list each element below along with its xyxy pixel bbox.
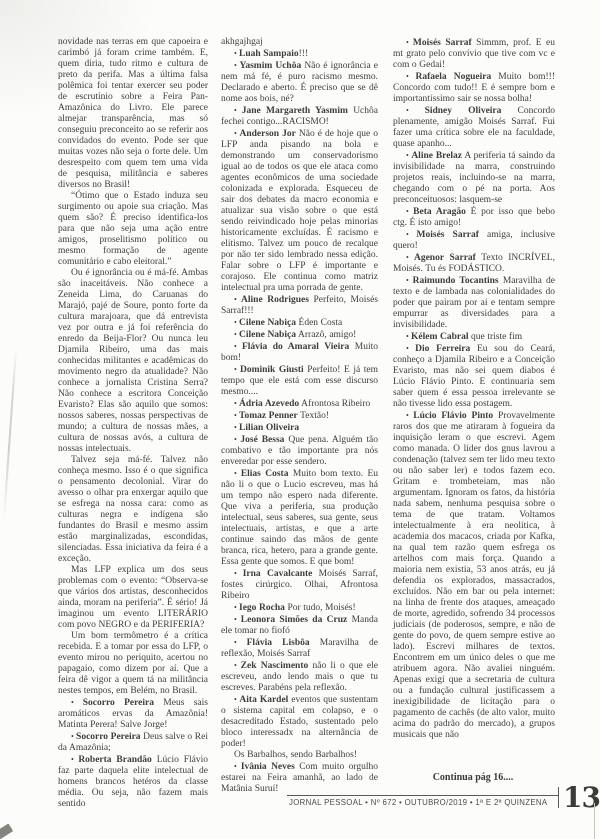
comment-author: Dio Ferreira <box>415 344 470 354</box>
comment: • Tomaz Penner Textão! <box>221 410 378 422</box>
comment-author: Jane Margareth Yasmim <box>242 106 348 116</box>
scan-corner-mark-artifact <box>0 823 13 839</box>
comment-author: Rafaela Nogueira <box>416 72 492 82</box>
comment-author: Ádria Azevedo <box>239 399 299 409</box>
comment: • Ádria Azevedo Afrontosa Ribeiro <box>221 398 378 410</box>
bullet-icon: • <box>234 295 241 304</box>
comment: • Socorro Pereira Meus sais aromáticos e… <box>58 697 208 731</box>
comment-author: Irna Cavalcante <box>243 569 313 579</box>
comment-author: Anderson Jor <box>239 129 295 139</box>
comment-author: Dominik Giusti <box>240 365 304 375</box>
paragraph: Ou é ignorância ou é má-fé. Ambas são in… <box>58 268 208 455</box>
comment: • José Bessa Que pena. Alguém tão combat… <box>221 434 378 468</box>
bullet-icon: • <box>234 638 247 647</box>
comment-author: Aita Kardel <box>239 695 288 705</box>
bullet-icon: • <box>406 38 413 47</box>
footer-tick <box>558 787 559 808</box>
column-3: • Moisés Sarraf Simmm, prof. E eu mt gra… <box>393 37 555 741</box>
comment-author: Tomaz Penner <box>239 411 298 421</box>
comment: • Moisés Sarraf amiga, inclusive quero! <box>393 229 555 252</box>
bullet-icon: • <box>406 72 416 81</box>
comment-author: Flávia Lisbôa <box>247 638 310 648</box>
comment: • Irna Cavalcante Moisés Sarraf, fostes … <box>221 568 378 602</box>
comment: • Cilene Nabiça Éden Costa <box>221 317 378 329</box>
paragraph: Talvez seja má-fé. Talvez não conheça me… <box>58 455 208 565</box>
comment: • Sidney Oliveira Concordo plenamente, a… <box>393 105 555 150</box>
comment-author: Leonora Simões da Cruz <box>241 615 347 625</box>
bullet-icon: • <box>234 469 241 478</box>
paragraph: “Ótimo que o Estado induza seu surgiment… <box>58 191 208 268</box>
comment: • Socorro Pereira Deus salve o Rei da Am… <box>58 731 208 754</box>
comment: • Lúcio Flávio Pinto Provavelmente raros… <box>393 410 555 741</box>
comment-author: Luah Sampaio <box>239 49 299 59</box>
bullet-icon: • <box>234 342 242 351</box>
comment-author: Agenor Sarraf <box>414 253 476 263</box>
comment: • Yasmim Uchôa Não é ignorância e nem má… <box>221 60 378 105</box>
comment: • Aline Brelaz A periferia tá saindo da … <box>393 150 555 206</box>
comment: • Anderson Jor Não é de hoje que o LFP a… <box>221 128 378 294</box>
bullet-icon: • <box>234 661 241 670</box>
comment: • Flávia do Amaral Vieira Muito bom! <box>221 341 378 364</box>
paragraph: Os Barbalhos, sendo Barbalhos! <box>221 750 378 761</box>
comment-author: Roberta Brandão <box>78 755 152 765</box>
comment-author: Beta Aragão <box>413 207 466 217</box>
comment-author: Sidney Oliveira <box>425 106 502 116</box>
continuation-note: Continua pág 16.... <box>392 772 554 783</box>
comment: • Agenor Sarraf Texto INCRÍVEL, Moisés. … <box>393 252 555 275</box>
bullet-icon: • <box>71 698 83 707</box>
comment-author: Yasmim Uchôa <box>240 61 302 71</box>
comment-author: Ivânia Neves <box>241 762 295 772</box>
comment-author: José Bessa <box>240 435 284 445</box>
comment-author: Flávia do Amaral Vieira <box>242 342 349 352</box>
comment: • Leonora Simões da Cruz Manda ele tomar… <box>221 614 378 637</box>
paragraph: Um bom termômetro é a crítica recebida. … <box>58 631 208 697</box>
paragraph: novidade nas terras em que capoeira e ca… <box>58 37 208 191</box>
comment: • Cilene Nabiça Arrazô, amigo! <box>221 329 378 341</box>
comment: • Raimundo Tocantins Maravilha de texto … <box>393 275 555 331</box>
bullet-icon: • <box>406 230 417 239</box>
scan-edge-line-artifact <box>3 346 17 521</box>
comment-author: Lúcio Flávio Pinto <box>413 411 493 421</box>
comment: • Kélem Cabral que triste fim <box>393 331 555 343</box>
comment-author: Aline Brelaz <box>411 151 462 161</box>
comment-author: Raimundo Tocantins <box>413 276 499 286</box>
comment: • Beta Aragão É por isso que bebo ctg. É… <box>393 206 555 229</box>
comment-author: Moisés Sarraf <box>417 230 479 240</box>
comment: • Dio Ferreira Eu sou do Ceará, conheço … <box>393 343 555 410</box>
comment: • Luah Sampaio!!! <box>221 48 378 60</box>
comment-author: Cilene Nabiça <box>239 330 296 340</box>
bullet-icon: • <box>234 615 241 624</box>
comment: • Aline Rodrigues Perfeito, Moisés Sarra… <box>221 294 378 317</box>
column-1: novidade nas terras em que capoeira e ca… <box>58 37 208 810</box>
comment-author: Cilene Nabiça <box>239 318 296 328</box>
comment-author: Kélem Cabral <box>411 332 468 342</box>
comment-author: Zek Nascimento <box>241 661 309 671</box>
comment: • Rafaela Nogueira Muito bom!!! Concordo… <box>393 71 555 105</box>
bullet-icon: • <box>234 569 243 578</box>
comment: • Moisés Sarraf Simmm, prof. E eu mt gra… <box>393 37 555 71</box>
bullet-icon: • <box>234 762 241 771</box>
comment: • Aita Kardel eventos que sustentam o si… <box>221 694 378 750</box>
scanned-newspaper-page: { "footer": { "journal_line": "JORNAL PE… <box>0 0 600 839</box>
comment-author: Socorro Pereira <box>76 732 141 742</box>
comment-author: Elias Costa <box>241 469 289 479</box>
comment: • Roberta Brandão Lúcio Flávio faz parte… <box>58 754 208 810</box>
column-2: akhgajhgaj• Luah Sampaio!!!• Yasmim Uchô… <box>221 37 378 795</box>
comment-author: Aline Rodrigues <box>241 295 309 305</box>
bullet-icon: • <box>406 106 425 115</box>
bullet-icon: • <box>406 344 415 353</box>
comment-author: Socorro Pereira <box>83 698 154 708</box>
comment: • Elias Costa Muito bom texto. Eu não li… <box>221 468 378 568</box>
article-columns: novidade nas terras em que capoeira e ca… <box>58 37 555 810</box>
comment-author: Lilian Oliveira <box>239 423 299 433</box>
journal-footer-line: JORNAL PESSOAL • Nº 672 • OUTUBRO/2019 •… <box>289 798 557 807</box>
comment: • Ivânia Neves Com muito orgulho estarei… <box>221 761 378 795</box>
paragraph: Mas LFP explica um dos seus problemas co… <box>58 565 208 631</box>
comment-author: Iego Rocha <box>239 603 285 613</box>
comment: • Zek Nascimento não li o que ele escrev… <box>221 660 378 694</box>
footer-rule <box>287 795 558 796</box>
comment: • Dominik Giusti Perfeito! E já tem temp… <box>221 364 378 398</box>
comment: • Lilian Oliveira <box>221 422 378 434</box>
comment: • Flávia Lisbôa Maravilha de reflexão, M… <box>221 637 378 660</box>
bullet-icon: • <box>406 276 413 285</box>
bullet-icon: • <box>234 106 242 115</box>
comment: • Iego Rocha Por tudo, Moisés! <box>221 602 378 614</box>
comment: • Jane Margareth Yasmim Uchôa fechei con… <box>221 105 378 128</box>
comment-author: Moisés Sarraf <box>413 38 472 48</box>
page: novidade nas terras em que capoeira e ca… <box>0 0 600 839</box>
scan-right-edge-artifact <box>594 803 595 839</box>
paragraph: akhgajhgaj <box>221 37 378 48</box>
bullet-icon: • <box>406 253 414 262</box>
